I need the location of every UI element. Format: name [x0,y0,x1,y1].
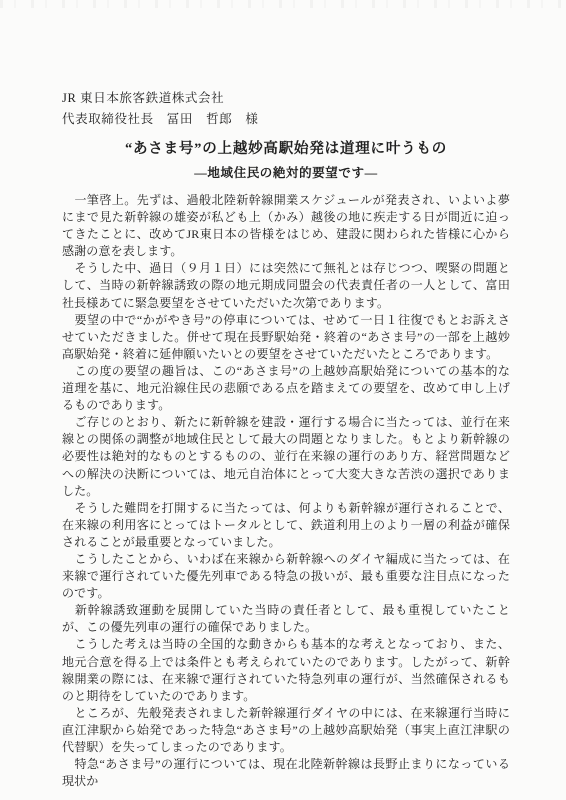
addressee-name-line: 代表取締役社長 冨田 哲郎 様 [62,109,510,130]
page-number: 1 [0,720,566,737]
paragraph: 要望の中で“かがやき号”の停車については、せめて一日１往復でもとお訴えさせていた… [62,312,510,363]
document-title: “あさま号”の上越妙高駅始発は道理に叶うもの [62,139,510,159]
paragraph: ご存じのとおり、新たに新幹線を建設・運行する場合に当たっては、並行在来線との関係… [62,414,510,499]
letter-content: JR 東日本旅客鉄道株式会社 代表取締役社長 冨田 哲郎 様 “あさま号”の上越… [62,88,510,790]
paragraph: 新幹線誘致運動を展開していた当時の責任者として、最も重視していたことが、この優先… [62,602,510,636]
paragraph: この度の要望の趣旨は、この“あさま号”の上越妙高駅始発についての基本的な道理を基… [62,363,510,414]
addressee-company-line: JR 東日本旅客鉄道株式会社 [62,88,510,109]
paragraph: 一筆啓上。先ずは、過般北陸新幹線開業スケジュールが発表され、いよいよ夢にまで見た… [62,192,510,260]
document-subtitle: ―地域住民の絶対的要望です― [62,164,510,182]
letter-body: 一筆啓上。先ずは、過般北陸新幹線開業スケジュールが発表され、いよいよ夢にまで見た… [62,192,510,790]
paragraph: 特急“あさま号”の運行については、現在北陸新幹線は長野止まりになっている現状か [62,756,510,790]
paragraph: そうした難問を打開するに当たっては、何よりも新幹線が運行されることで、在来線の利… [62,500,510,551]
paragraph: こうした考えは当時の全国的な動きからも基本的な考えとなっており、また、地元合意を… [62,636,510,704]
paragraph: こうしたことから、いわば在来線から新幹線へのダイヤ編成に当たっては、在来線で運行… [62,551,510,602]
scan-noise-artifact [0,0,566,8]
scanned-letter-page: JR 東日本旅客鉄道株式会社 代表取締役社長 冨田 哲郎 様 “あさま号”の上越… [0,0,566,800]
paragraph: そうした中、過日（９月１日）には突然にて無礼とは存じつつ、喫緊の問題として、当時… [62,260,510,311]
